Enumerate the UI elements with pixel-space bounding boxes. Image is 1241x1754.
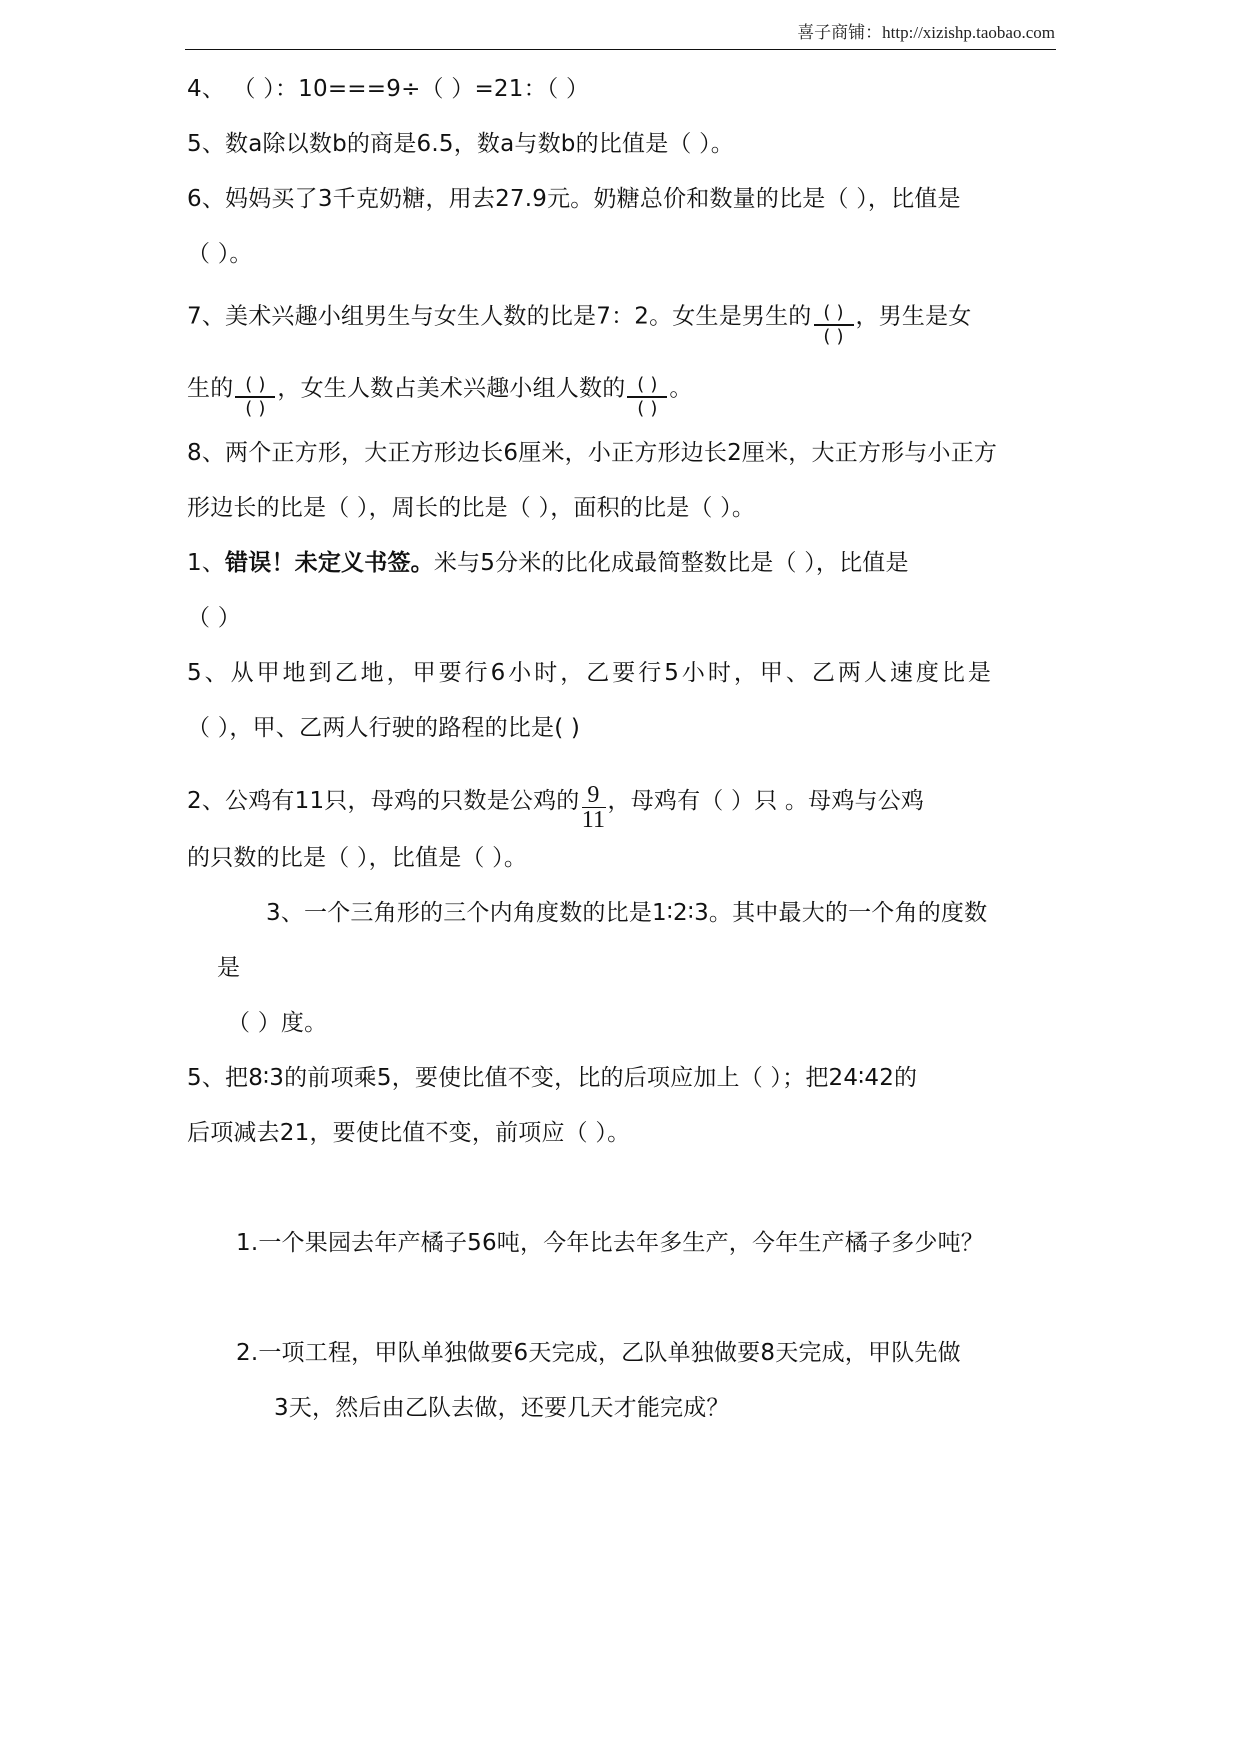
question-number: 1、 (187, 550, 225, 576)
question-5-quotient: 5、数a除以数b的商是6.5，数a与数b的比值是（ ）。 (187, 129, 1057, 159)
question-4-ratio-chain: 4、 （ ）：10===9÷（ ）=21：（ ） (187, 74, 1057, 104)
question-5-speed-cont: （ ），甲、乙两人行驶的路程的比是( ) (187, 713, 1057, 743)
word-problem-2-project-cont: 3天，然后由乙队去做，还要几天才能完成？ (274, 1393, 1144, 1423)
blank-fraction: ( )( ) (235, 374, 275, 420)
question-2-text-b: ，母鸡有（ ）只 。母鸡与公鸡 (608, 788, 925, 814)
blank-fraction: ( )( ) (627, 374, 667, 420)
question-8-squares: 8、两个正方形，大正方形边长6厘米，小正方形边长2厘米，大正方形与小正方 (187, 438, 1057, 468)
question-7-text-b: ，男生是女 (856, 304, 972, 330)
bookmark-error-text: 错误！未定义书签。 (225, 550, 434, 576)
question-3-triangle-answer: （ ）度。 (227, 1008, 1097, 1038)
word-problem-2-project: 2.一项工程，甲队单独做要6天完成，乙队单独做要8天完成，甲队先做 (236, 1338, 1106, 1368)
question-1-text: 米与5分米的比化成最简整数比是（ ），比值是 (434, 550, 909, 576)
header-divider (185, 49, 1056, 50)
question-2-chickens: 2、公鸡有11只，母鸡的只数是公鸡的911，母鸡有（ ）只 。母鸡与公鸡 (187, 777, 1057, 826)
question-1-simplify-cont: （ ） (187, 603, 1057, 633)
question-5-ratio-change: 5、把8∶3的前项乘5，要使比值不变，比的后项应加上（ ）；把24∶42的 (187, 1063, 1057, 1093)
question-1-simplify: 1、错误！未定义书签。米与5分米的比化成最简整数比是（ ），比值是 (187, 548, 1057, 578)
question-5-speed: 5、从甲地到乙地，甲要行6小时，乙要行5小时，甲、乙两人速度比是 (187, 658, 1057, 688)
question-3-triangle-cont: 是 (217, 953, 1087, 983)
question-7-art-group: 7、美术兴趣小组男生与女生人数的比是7：2。女生是男生的( )( )，男生是女 (187, 294, 1057, 340)
question-8-squares-cont: 形边长的比是（ ），周长的比是（ ），面积的比是（ ）。 (187, 493, 1057, 523)
question-3-triangle: 3、一个三角形的三个内角度数的比是1∶2∶3。其中最大的一个角的度数 (266, 898, 1136, 928)
page-header: 喜子商铺：http://xizishp.taobao.com (185, 18, 1055, 43)
word-problem-1-orchard: 1.一个果园去年产橘子56吨，今年比去年多生产，今年生产橘子多少吨？ (236, 1228, 1106, 1258)
question-7-text-c: 生的 (187, 376, 233, 402)
question-5-ratio-change-cont: 后项减去21，要使比值不变，前项应（ ）。 (187, 1118, 1057, 1148)
question-6-candy: 6、妈妈买了3千克奶糖，用去27.9元。奶糖总价和数量的比是（ ），比值是 (187, 184, 1057, 214)
question-7-art-group-cont: 生的( )( )，女生人数占美术兴趣小组人数的( )( )。 (187, 366, 1057, 412)
blank-fraction: ( )( ) (814, 302, 854, 348)
question-2-text-a: 2、公鸡有11只，母鸡的只数是公鸡的 (187, 788, 580, 814)
question-2-chickens-cont: 的只数的比是（ ），比值是（ ）。 (187, 843, 1057, 873)
fraction-nine-elevenths: 911 (582, 783, 606, 832)
question-7-text-e: 。 (669, 376, 692, 402)
question-7-text-a: 7、美术兴趣小组男生与女生人数的比是7：2。女生是男生的 (187, 304, 812, 330)
question-7-text-d: ，女生人数占美术兴趣小组人数的 (277, 376, 625, 402)
question-6-candy-cont: （ ）。 (187, 239, 1057, 269)
